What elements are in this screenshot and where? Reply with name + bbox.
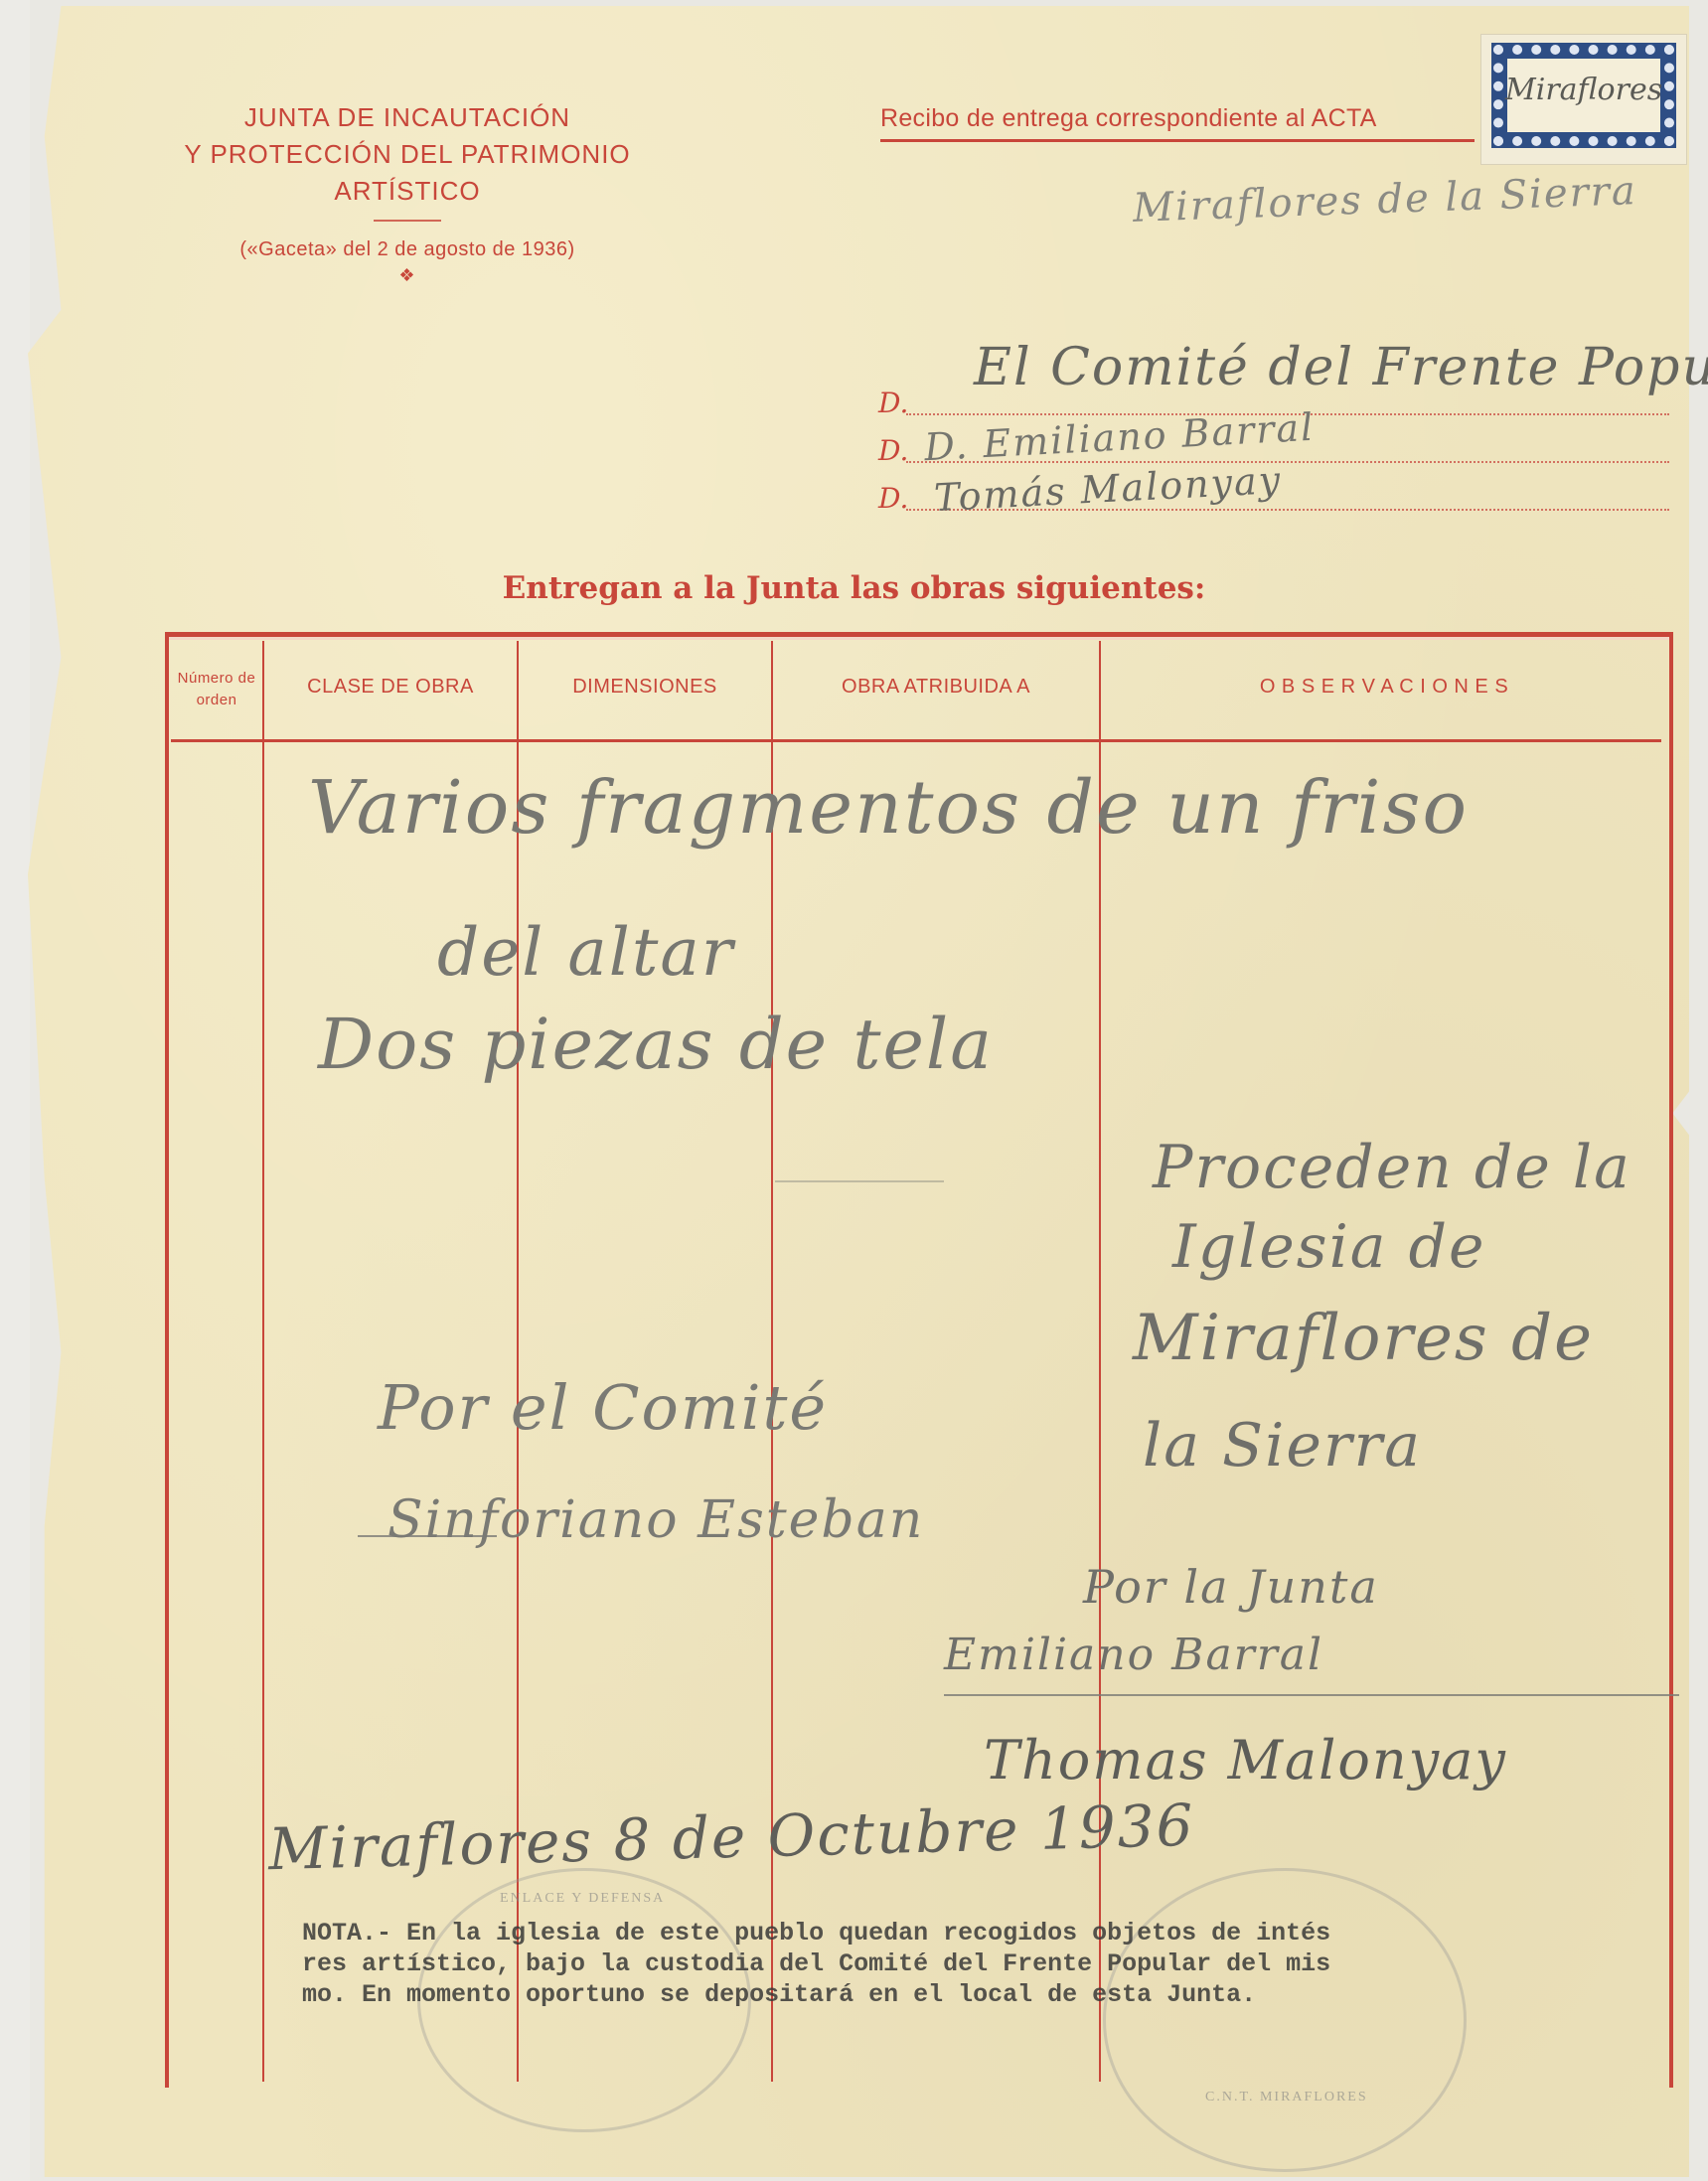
observation-line-3: Miraflores de bbox=[1133, 1302, 1594, 1375]
recipient-prefix: D. bbox=[878, 387, 908, 419]
letterhead-line-3: ARTÍSTICO bbox=[149, 173, 666, 210]
signature-flourish bbox=[358, 1535, 497, 1537]
junta-signature-2: Thomas Malonyay bbox=[984, 1729, 1507, 1792]
recipient-1-handwriting: El Comité del Frente Popular bbox=[974, 338, 1708, 397]
column-header-dimensions: DIMENSIONES bbox=[519, 676, 771, 699]
stamp-border: Miraflores bbox=[1491, 43, 1676, 148]
letterhead-line-2: Y PROTECCIÓN DEL PATRIMONIO bbox=[149, 136, 666, 173]
scan-backdrop bbox=[0, 0, 30, 2181]
seal-right-text: C.N.T. MIRAFLORES bbox=[1205, 2090, 1368, 2105]
committee-label: Por el Comité bbox=[378, 1371, 828, 1444]
note-line-3: mo. En momento oportuno se depositará en… bbox=[302, 1979, 1708, 2010]
column-header-work-type: CLASE DE OBRA bbox=[264, 676, 517, 699]
pencil-stroke bbox=[775, 1180, 944, 1182]
postage-stamp: Miraflores bbox=[1480, 34, 1687, 165]
junta-label: Por la Junta bbox=[1083, 1560, 1379, 1614]
ink-seal-right: C.N.T. MIRAFLORES bbox=[1103, 1868, 1467, 2172]
table-header-rule bbox=[171, 739, 1661, 742]
letterhead: JUNTA DE INCAUTACIÓN Y PROTECCIÓN DEL PA… bbox=[149, 99, 666, 287]
gazette-reference: («Gaceta» del 2 de agosto de 1936) bbox=[149, 235, 666, 263]
item-line-3: Dos piezas de tela bbox=[318, 1004, 994, 1085]
recipient-prefix: D. bbox=[878, 482, 908, 515]
item-line-2: del altar bbox=[437, 914, 734, 991]
observation-line-4: la Sierra bbox=[1143, 1411, 1422, 1480]
typed-note: NOTA.- En la iglesia de este pueblo qued… bbox=[302, 1918, 1708, 2010]
junta-signature-1: Emiliano Barral bbox=[944, 1630, 1323, 1680]
receipt-label: Recibo de entrega correspondiente al ACT… bbox=[880, 104, 1377, 133]
column-divider bbox=[262, 641, 264, 2082]
letterhead-divider bbox=[374, 220, 441, 222]
stamp-handwriting: Miraflores bbox=[1505, 73, 1662, 107]
column-header-attributed-to: OBRA ATRIBUIDA A bbox=[773, 676, 1099, 699]
item-line-1: Varios fragmentos de un friso bbox=[308, 765, 1469, 851]
receipt-underline bbox=[880, 139, 1475, 142]
column-header-observations: O B S E R V A C I O N E S bbox=[1101, 676, 1667, 699]
column-header-order-number: Número de orden bbox=[171, 668, 262, 711]
note-line-2: res artístico, bajo la custodia del Comi… bbox=[302, 1948, 1708, 1979]
signature-underline bbox=[944, 1694, 1679, 1696]
table-title: Entregan a la Junta las obras siguientes… bbox=[0, 570, 1708, 606]
ornament-icon: ❖ bbox=[149, 263, 666, 287]
note-line-1: NOTA.- En la iglesia de este pueblo qued… bbox=[302, 1918, 1708, 1948]
letterhead-line-1: JUNTA DE INCAUTACIÓN bbox=[149, 99, 666, 136]
recipient-prefix: D. bbox=[878, 434, 908, 467]
column-divider bbox=[1099, 641, 1101, 2082]
observation-line-2: Iglesia de bbox=[1172, 1212, 1486, 1282]
committee-signature: Sinforiano Esteban bbox=[388, 1490, 924, 1550]
seal-left-text: ENLACE Y DEFENSA bbox=[500, 1891, 665, 1907]
observation-line-1: Proceden de la bbox=[1153, 1133, 1631, 1202]
